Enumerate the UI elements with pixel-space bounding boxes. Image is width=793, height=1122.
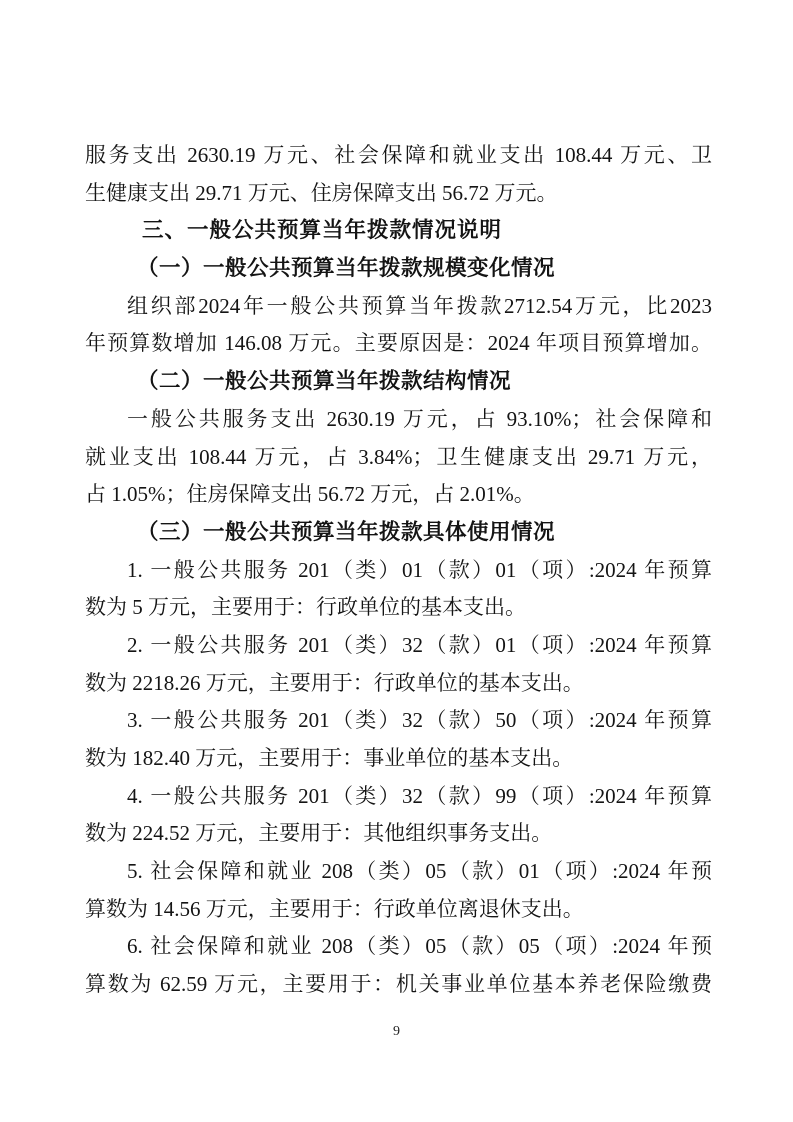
heading-line: 三、一般公共预算当年拨款情况说明 — [85, 212, 712, 250]
heading-line: （三）一般公共预算当年拨款具体使用情况 — [85, 514, 712, 552]
text-line: 数为 5 万元，主要用于：行政单位的基本支出。 — [85, 589, 712, 627]
heading-line: （一）一般公共预算当年拨款规模变化情况 — [85, 250, 712, 288]
text-line: 算数为 14.56 万元，主要用于：行政单位离退休支出。 — [85, 891, 712, 929]
document-page: 服务支出 2630.19 万元、社会保障和就业支出 108.44 万元、卫生健康… — [0, 0, 793, 1122]
page-number: 9 — [0, 1024, 793, 1040]
text-line: 6. 社会保障和就业 208（类）05（款）05（项）:2024 年预 — [85, 928, 712, 966]
text-line: 3. 一般公共服务 201（类）32（款）50（项）:2024 年预算 — [85, 702, 712, 740]
text-line: 1. 一般公共服务 201（类）01（款）01（项）:2024 年预算 — [85, 552, 712, 590]
text-line: 组织部2024年一般公共预算当年拨款2712.54万元，比2023 — [85, 288, 712, 326]
text-line: 生健康支出 29.71 万元、住房保障支出 56.72 万元。 — [85, 175, 712, 213]
text-line: 数为 182.40 万元，主要用于：事业单位的基本支出。 — [85, 740, 712, 778]
text-line: 5. 社会保障和就业 208（类）05（款）01（项）:2024 年预 — [85, 853, 712, 891]
text-line: 数为 2218.26 万元，主要用于：行政单位的基本支出。 — [85, 665, 712, 703]
text-line: 一般公共服务支出 2630.19 万元，占 93.10%；社会保障和 — [85, 401, 712, 439]
text-line: 年预算数增加 146.08 万元。主要原因是：2024 年项目预算增加。 — [85, 325, 712, 363]
document-content: 服务支出 2630.19 万元、社会保障和就业支出 108.44 万元、卫生健康… — [85, 137, 712, 1004]
text-line: 数为 224.52 万元，主要用于：其他组织事务支出。 — [85, 815, 712, 853]
heading-line: （二）一般公共预算当年拨款结构情况 — [85, 363, 712, 401]
text-line: 4. 一般公共服务 201（类）32（款）99（项）:2024 年预算 — [85, 778, 712, 816]
text-line: 服务支出 2630.19 万元、社会保障和就业支出 108.44 万元、卫 — [85, 137, 712, 175]
text-line: 算数为 62.59 万元，主要用于：机关事业单位基本养老保险缴费 — [85, 966, 712, 1004]
text-line: 2. 一般公共服务 201（类）32（款）01（项）:2024 年预算 — [85, 627, 712, 665]
text-line: 就业支出 108.44 万元，占 3.84%；卫生健康支出 29.71 万元， — [85, 439, 712, 477]
text-line: 占 1.05%；住房保障支出 56.72 万元，占 2.01%。 — [85, 476, 712, 514]
